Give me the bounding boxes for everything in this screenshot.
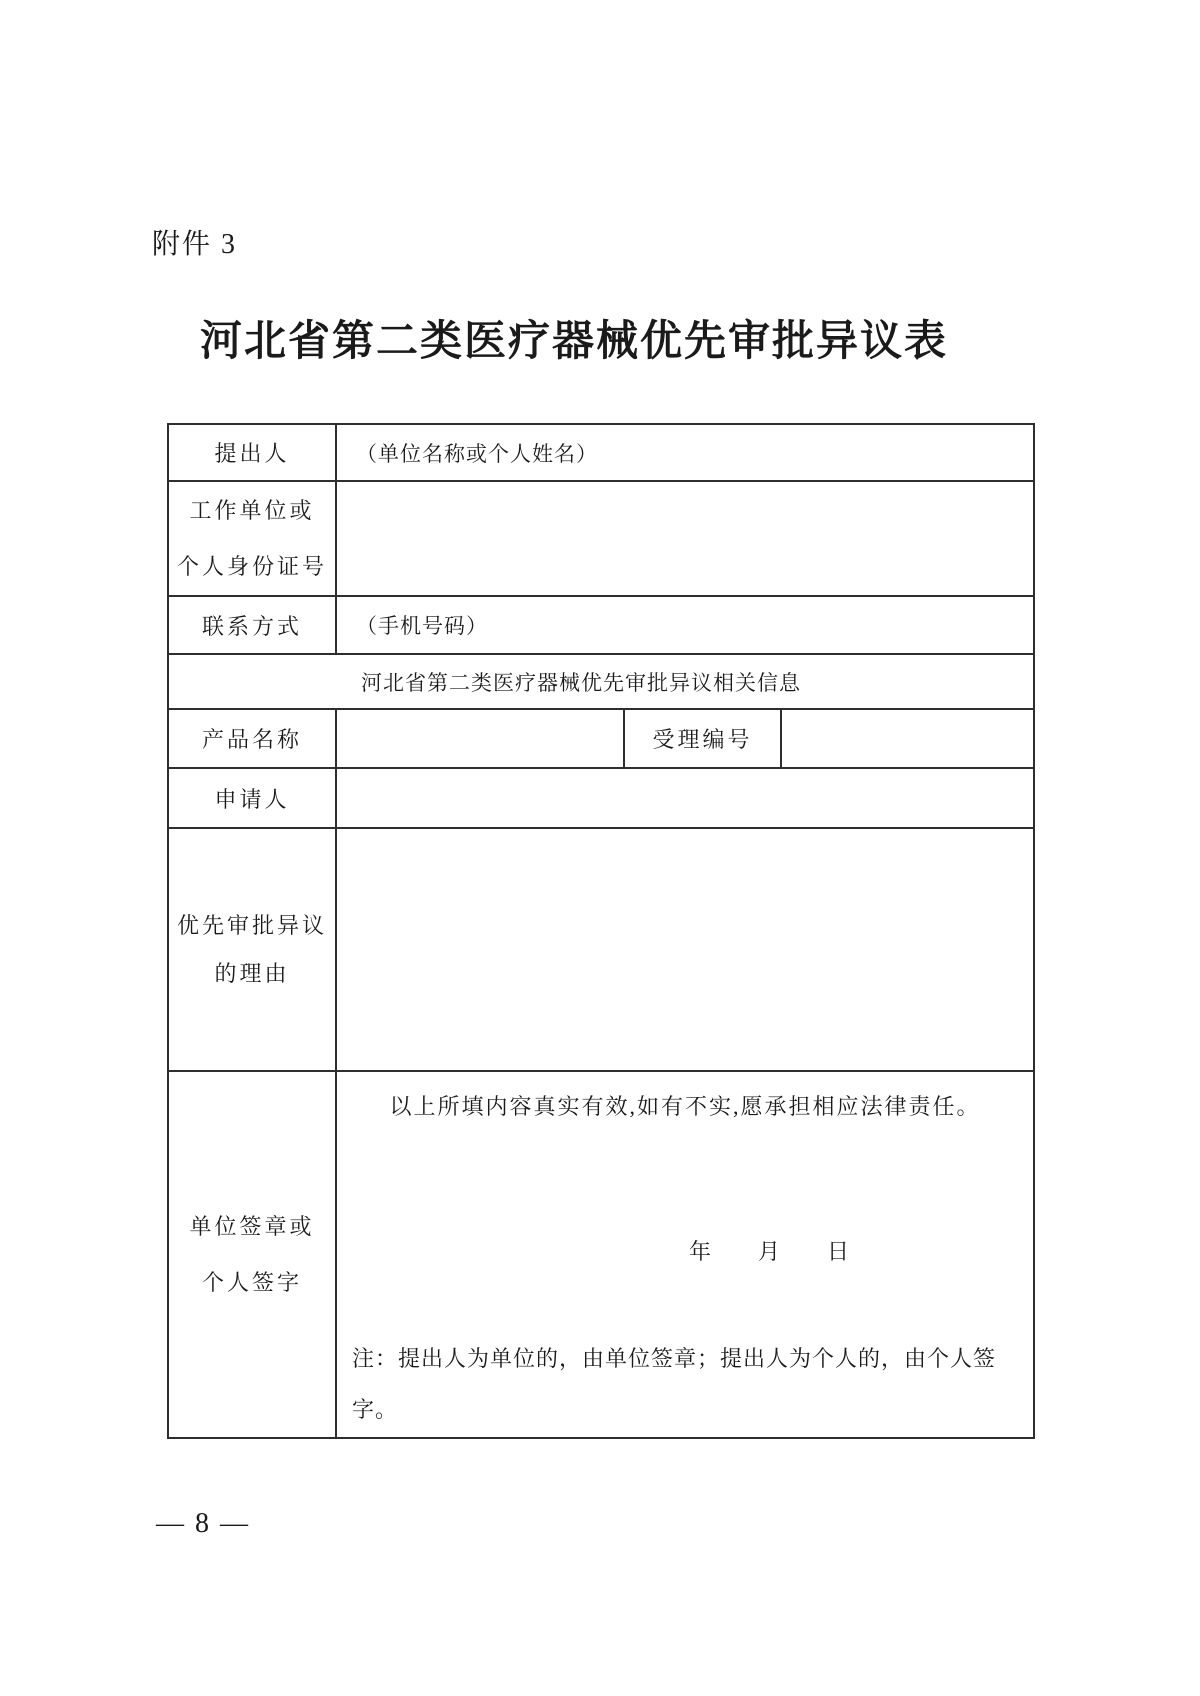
product-name-label: 产品名称 (168, 709, 336, 768)
reason-label: 优先审批异议 的理由 (168, 828, 336, 1071)
row-applicant: 申请人 (168, 768, 1034, 828)
objection-form-table: 提出人 （单位名称或个人姓名） 工作单位或 个人身份证号 联系方式 （手机号码）… (167, 423, 1035, 1439)
signature-label: 单位签章或 个人签字 (168, 1071, 336, 1438)
contact-value: （手机号码） (336, 596, 1034, 654)
document-page: 附件 3 河北省第二类医疗器械优先审批异议表 提出人 （单位名称或个人姓名） 工… (0, 0, 1200, 1696)
signature-note-line2: 字。 (352, 1384, 1023, 1435)
work-unit-value (336, 481, 1034, 596)
row-reason: 优先审批异议 的理由 (168, 828, 1034, 1071)
acceptance-number-label: 受理编号 (624, 709, 781, 768)
applicant-label: 申请人 (168, 768, 336, 828)
signature-note: 注：提出人为单位的，由单位签章；提出人为个人的，由个人签 字。 (337, 1333, 1033, 1435)
date-line: 年 月 日 (337, 1241, 1033, 1263)
acceptance-number-value (781, 709, 1034, 768)
product-name-value (336, 709, 624, 768)
signature-note-line1: 注：提出人为单位的，由单位签章；提出人为个人的，由个人签 (352, 1333, 1023, 1384)
contact-label: 联系方式 (168, 596, 336, 654)
reason-label-line2: 的理由 (169, 950, 335, 998)
reason-value (336, 828, 1034, 1071)
row-proposer: 提出人 （单位名称或个人姓名） (168, 424, 1034, 481)
signature-label-line2: 个人签字 (169, 1255, 335, 1311)
attachment-label: 附件 3 (152, 222, 237, 262)
reason-label-line1: 优先审批异议 (169, 902, 335, 950)
row-work-unit: 工作单位或 个人身份证号 (168, 481, 1034, 596)
signature-label-line1: 单位签章或 (169, 1199, 335, 1255)
work-unit-label-line2: 个人身份证号 (169, 539, 335, 595)
proposer-value: （单位名称或个人姓名） (336, 424, 1034, 481)
proposer-label: 提出人 (168, 424, 336, 481)
section-header: 河北省第二类医疗器械优先审批异议相关信息 (168, 654, 1034, 709)
row-contact: 联系方式 （手机号码） (168, 596, 1034, 654)
form-title: 河北省第二类医疗器械优先审批异议表 (200, 308, 948, 368)
signature-content-cell: 以上所填内容真实有效,如有不实,愿承担相应法律责任。 年 月 日 注：提出人为单… (336, 1071, 1034, 1438)
row-signature: 单位签章或 个人签字 以上所填内容真实有效,如有不实,愿承担相应法律责任。 年 … (168, 1071, 1034, 1438)
declaration-text: 以上所填内容真实有效,如有不实,愿承担相应法律责任。 (337, 1096, 1033, 1118)
work-unit-label-line1: 工作单位或 (169, 483, 335, 539)
row-section-header: 河北省第二类医疗器械优先审批异议相关信息 (168, 654, 1034, 709)
row-product: 产品名称 受理编号 (168, 709, 1034, 768)
work-unit-label: 工作单位或 个人身份证号 (168, 481, 336, 596)
page-number: — 8 — (156, 1508, 250, 1540)
applicant-value (336, 768, 1034, 828)
